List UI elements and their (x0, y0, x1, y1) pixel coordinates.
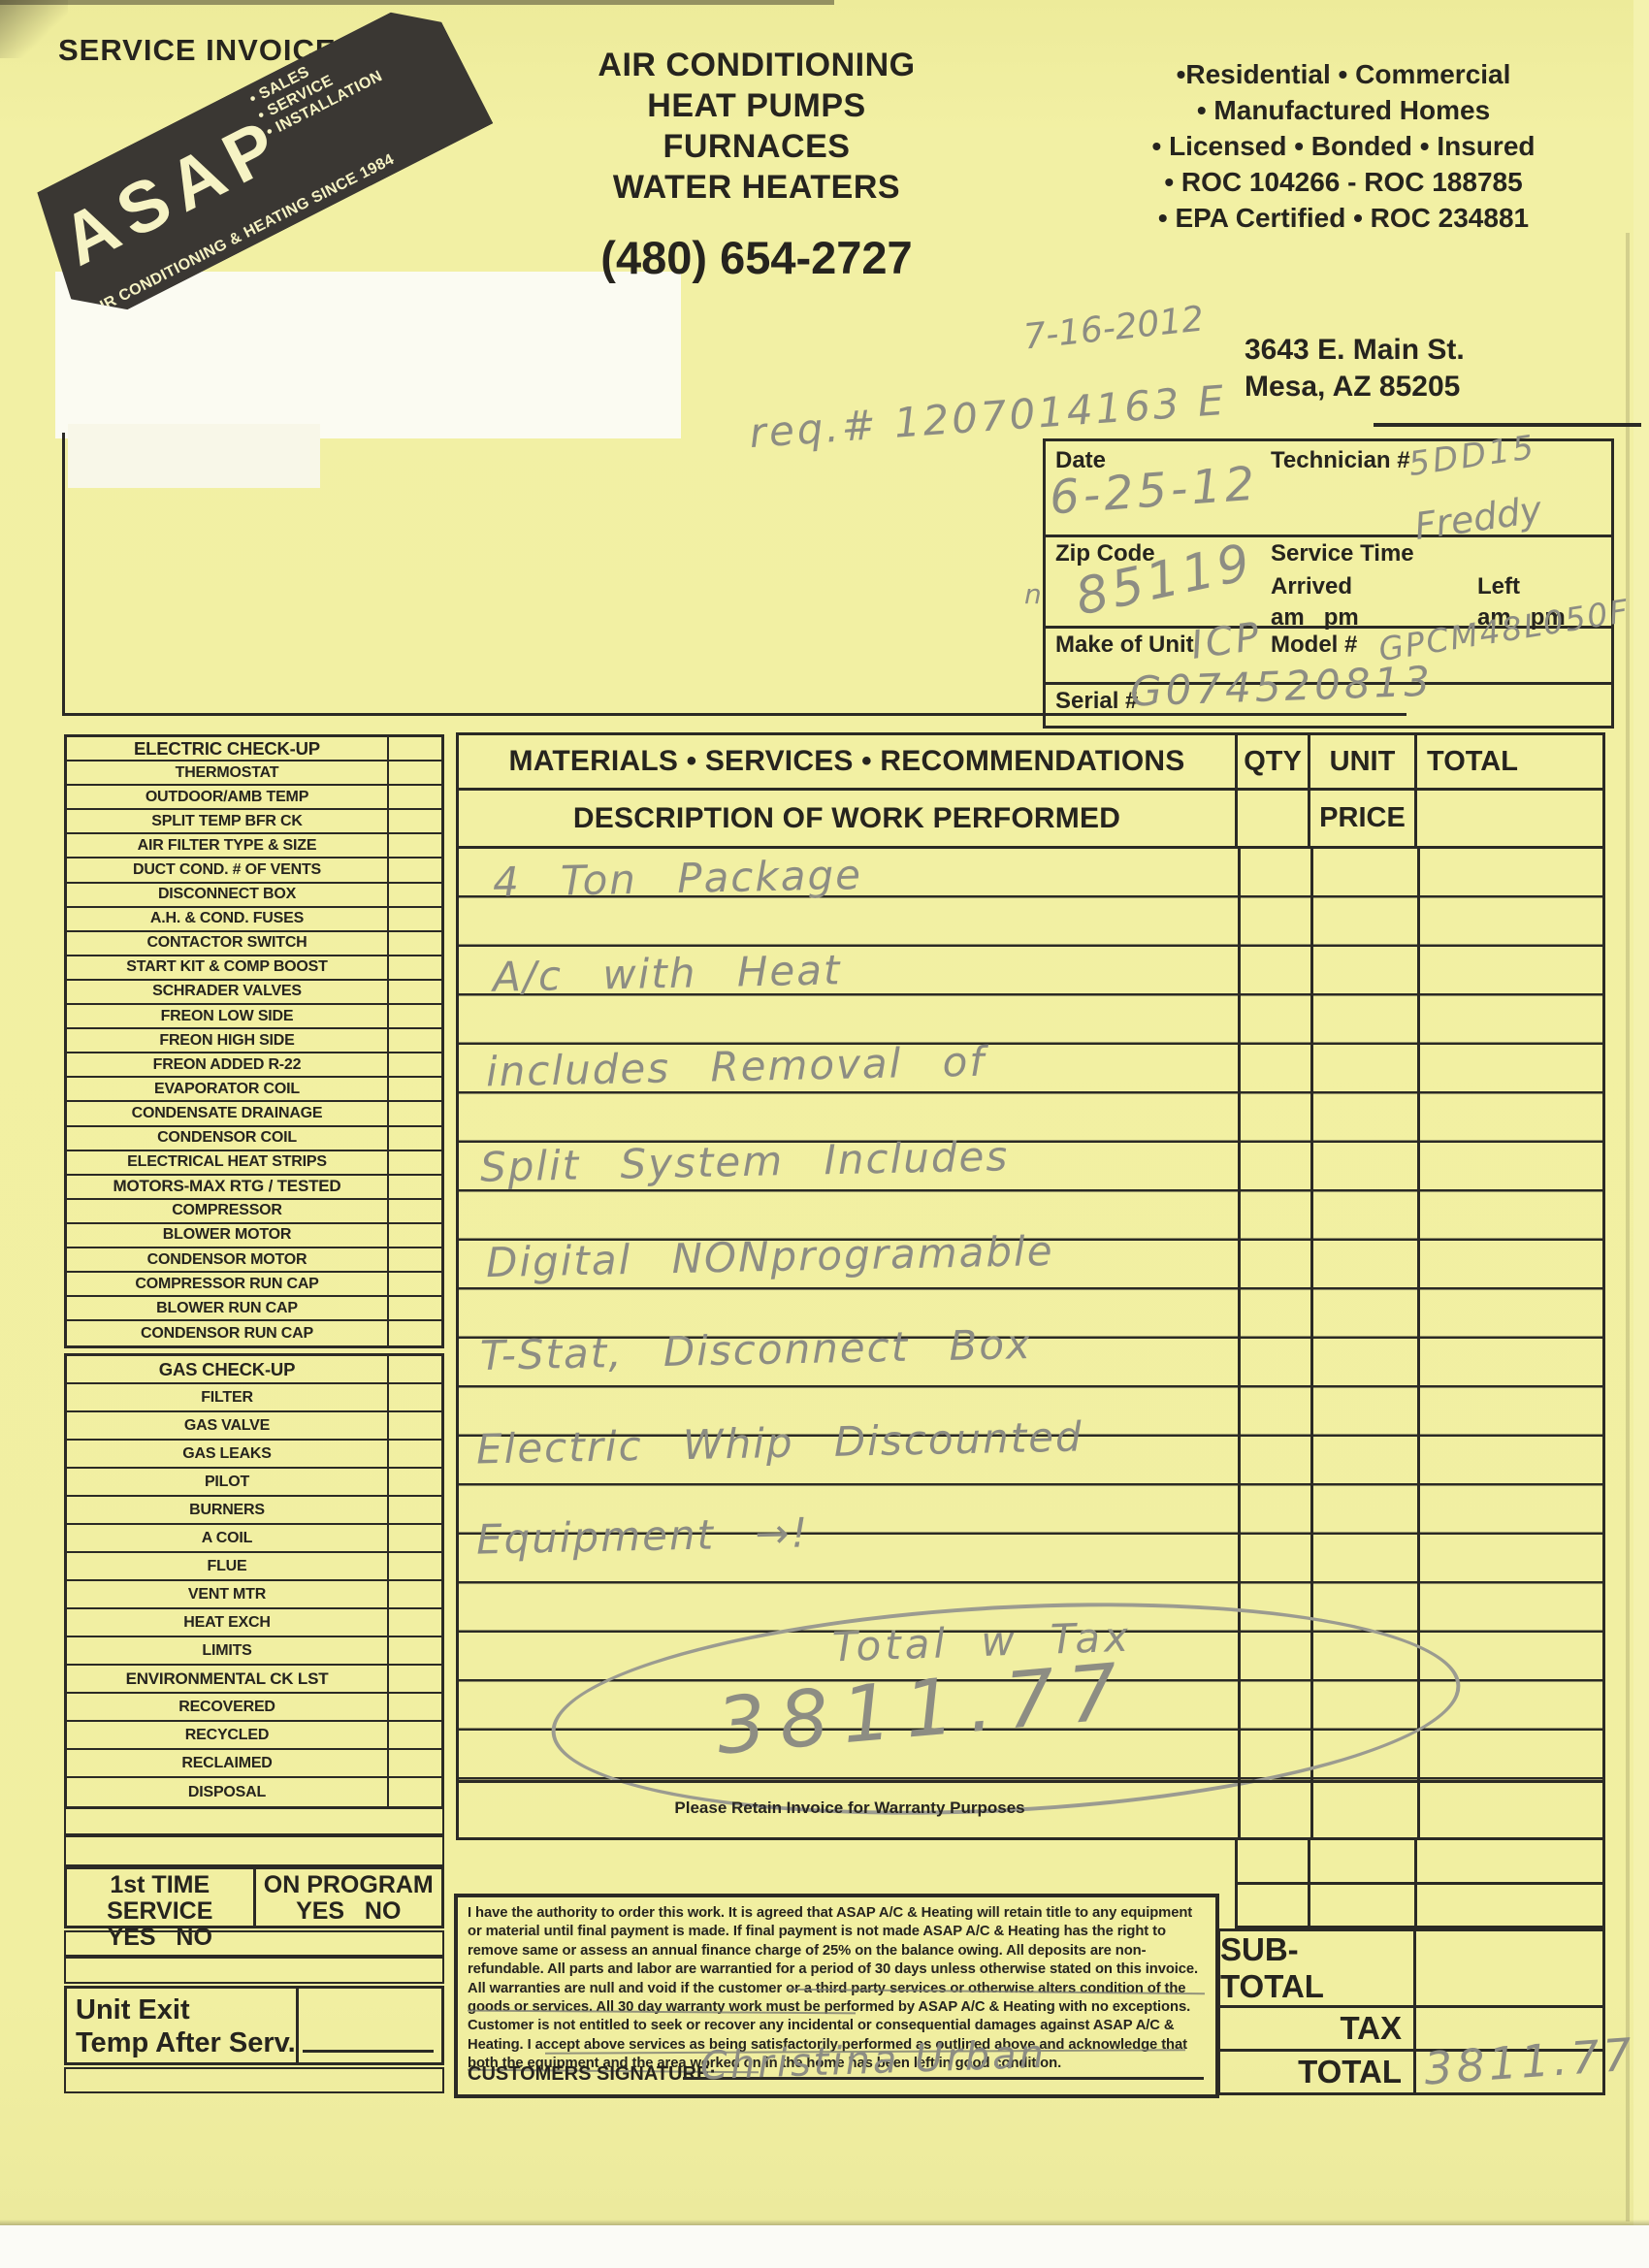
checklist-row: FREON HIGH SIDE (67, 1029, 441, 1053)
column-divider (1417, 1783, 1420, 1837)
checklist-value-cell (389, 1497, 441, 1523)
checklist-value-cell (389, 1200, 441, 1222)
checklist-row: BLOWER MOTOR (67, 1224, 441, 1248)
checklist-value-cell (389, 1384, 441, 1410)
handwritten-stray-mark: n (1024, 578, 1042, 610)
scanner-background (0, 2225, 1649, 2268)
table-rule (1046, 535, 1611, 537)
column-divider (1310, 1783, 1313, 1837)
customer-box-left-border (62, 433, 65, 716)
checklist-value-cell (389, 956, 441, 979)
gas-checklist: GAS CHECK-UP FILTER GAS VALVE GAS LEAKS … (64, 1353, 444, 1809)
checklist-value-cell (389, 1778, 441, 1806)
work-table: MATERIALS • SERVICES • RECOMMENDATIONS Q… (456, 732, 1605, 1840)
unit-header: UNIT (1310, 735, 1417, 788)
checklist-row: FILTER (67, 1384, 441, 1412)
header-rule (1374, 423, 1641, 427)
checklist-row: RECOVERED (67, 1694, 441, 1722)
checklist-value-cell (389, 1297, 441, 1319)
checklist-row: CONDENSOR COIL (67, 1127, 441, 1151)
make-label: Make of Unit (1055, 632, 1194, 659)
service-time-label: Service Time (1271, 540, 1414, 567)
credential-line: • Licensed • Bonded • Insured (1067, 128, 1620, 164)
checklist-row: RECYCLED (67, 1722, 441, 1750)
checklist-row: BLOWER RUN CAP (67, 1297, 441, 1321)
left-label: Left (1477, 573, 1520, 600)
checklist-row: COMPRESSOR RUN CAP (67, 1273, 441, 1297)
checklist-value-cell (389, 1078, 441, 1100)
checklist-value-cell (389, 1356, 441, 1382)
service-line: HEAT PUMPS (456, 85, 1057, 126)
handwritten-work-line: Split System Includes (480, 1132, 1010, 1190)
blank-row (64, 1806, 444, 1835)
credential-line: • ROC 104266 - ROC 188785 (1067, 164, 1620, 200)
checklist-value-cell (389, 1469, 441, 1495)
handwritten-work-line: Digital NONprogramable (486, 1227, 1054, 1286)
checklist-value-cell (389, 1750, 441, 1776)
checklist-row: START KIT & COMP BOOST (67, 956, 441, 981)
checklist-row: MOTORS-MAX RTG / TESTED (67, 1176, 441, 1200)
checklist-row: RECLAIMED (67, 1750, 441, 1778)
checklist-value-cell (389, 1248, 441, 1271)
checklist-value-cell (389, 1053, 441, 1076)
qty-subcell (1238, 791, 1310, 846)
checklist-row: FREON ADDED R-22 (67, 1053, 441, 1078)
checklist-row: GAS VALVE (67, 1412, 441, 1441)
model-label: Model # (1271, 632, 1357, 659)
gas-checklist-title: GAS CHECK-UP (67, 1356, 389, 1382)
description-header: DESCRIPTION OF WORK PERFORMED (459, 791, 1238, 846)
checklist-value-cell (389, 1224, 441, 1247)
gas-checklist-rows: FILTER GAS VALVE GAS LEAKS PILOT BURNERS… (67, 1384, 441, 1806)
blank-row (64, 1957, 444, 1984)
checklist-row: ENVIRONMENTAL CK LST (67, 1666, 441, 1694)
electric-checklist: ELECTRIC CHECK-UP THERMOSTAT OUTDOOR/AMB… (64, 734, 444, 1348)
handwritten-date-note: 7-16-2012 (1021, 299, 1206, 357)
retain-notice: Please Retain Invoice for Warranty Purpo… (459, 1798, 1241, 1818)
checklist-value-cell (389, 1029, 441, 1052)
electric-checklist-title: ELECTRIC CHECK-UP (67, 737, 389, 760)
handwritten-work-line: T-Stat, Disconnect Box (480, 1320, 1033, 1379)
gas-checklist-header: GAS CHECK-UP (67, 1356, 441, 1384)
electric-checklist-header: ELECTRIC CHECK-UP (67, 737, 441, 761)
checklist-value-cell (389, 1553, 441, 1579)
total-header: TOTAL (1417, 735, 1602, 788)
scanned-service-invoice: SERVICE INVOICE ASAP • SALES• SERVICE• I… (0, 0, 1649, 2268)
checklist-value-cell (389, 810, 441, 832)
service-line: WATER HEATERS (456, 167, 1057, 208)
electric-checklist-rows: THERMOSTAT OUTDOOR/AMB TEMP SPLIT TEMP B… (67, 761, 441, 1345)
checklist-value-cell (389, 1176, 441, 1198)
checklist-row: BURNERS (67, 1497, 441, 1525)
table-rule (1238, 1882, 1602, 1885)
retain-notice-row: Please Retain Invoice for Warranty Purpo… (459, 1780, 1602, 1837)
checklist-value-cell (389, 1102, 441, 1124)
unit-exit-value-cell (299, 1989, 441, 2062)
checklist-value-cell (389, 1609, 441, 1636)
checklist-row: PILOT (67, 1469, 441, 1497)
address-line2: Mesa, AZ 85205 (1245, 369, 1465, 405)
work-table-subheader: DESCRIPTION OF WORK PERFORMED PRICE (459, 791, 1602, 849)
fill-in-line (303, 2050, 434, 2053)
serial-label: Serial # (1055, 688, 1138, 715)
credential-line: • EPA Certified • ROC 234881 (1067, 200, 1620, 236)
column-divider (1417, 849, 1420, 1780)
checklist-value-cell (389, 1321, 441, 1345)
checklist-row: AIR FILTER TYPE & SIZE (67, 834, 441, 859)
checklist-row: A COIL (67, 1525, 441, 1553)
work-table-header: MATERIALS • SERVICES • RECOMMENDATIONS Q… (459, 735, 1602, 791)
checklist-row: FREON LOW SIDE (67, 1005, 441, 1029)
checklist-row: COMPRESSOR (67, 1200, 441, 1224)
service-line: FURNACES (456, 126, 1057, 167)
arrived-ampm: am pm (1271, 604, 1359, 632)
paper-crease (1626, 233, 1630, 2221)
checklist-row: SPLIT TEMP BFR CK (67, 810, 441, 834)
phone-number: (480) 654-2727 (456, 231, 1057, 284)
checklist-value-cell (389, 981, 441, 1003)
checklist-value-cell (389, 1127, 441, 1150)
services-header: AIR CONDITIONINGHEAT PUMPSFURNACESWATER … (456, 45, 1057, 284)
checklist-row: GAS LEAKS (67, 1441, 441, 1469)
address-line1: 3643 E. Main St. (1245, 332, 1465, 369)
checklist-value-cell (389, 1722, 441, 1748)
total-subcell (1417, 791, 1602, 846)
credential-line: • Manufactured Homes (1067, 92, 1620, 128)
on-program-cell: ON PROGRAM YES NO (256, 1869, 442, 1926)
checklist-value-cell (389, 761, 441, 784)
on-program-label: ON PROGRAM (256, 1872, 442, 1898)
company-address: 3643 E. Main St. Mesa, AZ 85205 (1245, 332, 1465, 405)
asap-logo-text: ASAP (51, 106, 296, 277)
subtotal-row: SUB-TOTAL (1220, 1931, 1602, 2008)
checklist-value-cell (389, 859, 441, 881)
checklist-value-cell (389, 1581, 441, 1607)
checklist-row: ELECTRICAL HEAT STRIPS (67, 1151, 441, 1176)
checklist-value-cell (389, 1005, 441, 1027)
blank-row (64, 1930, 444, 1957)
checklist-row: THERMOSTAT (67, 761, 441, 786)
unit-exit-box: Unit Exit Temp After Serv. (64, 1986, 444, 2065)
checklist-row: DISPOSAL (67, 1778, 441, 1806)
blank-row (64, 2067, 444, 2093)
scan-edge-shadow (0, 0, 834, 5)
credential-line: •Residential • Commercial (1067, 56, 1620, 92)
checklist-row: CONDENSATE DRAINAGE (67, 1102, 441, 1126)
handwritten-work-line: includes Removal of (486, 1038, 986, 1096)
checklist-row: CONTACTOR SWITCH (67, 932, 441, 956)
on-program-yes-no: YES NO (256, 1898, 442, 1925)
column-continuation (1235, 1840, 1605, 1928)
subtotal-value (1416, 1931, 1602, 2005)
checklist-row: HEAT EXCH (67, 1609, 441, 1637)
checklist-value-cell (389, 1666, 441, 1692)
checklist-row: DUCT COND. # OF VENTS (67, 859, 441, 883)
credentials-header: •Residential • Commercial• Manufactured … (1067, 56, 1620, 236)
checklist-value-cell (389, 1151, 441, 1174)
subtotal-label: SUB-TOTAL (1220, 1931, 1416, 2005)
checklist-value-cell (389, 1412, 441, 1439)
checklist-value-cell (389, 834, 441, 857)
technician-label: Technician # (1271, 447, 1410, 474)
checklist-row: LIMITS (67, 1637, 441, 1666)
checklist-row: EVAPORATOR COIL (67, 1078, 441, 1102)
blank-row (64, 1835, 444, 1866)
checklist-row: SCHRADER VALVES (67, 981, 441, 1005)
work-table-body: 4 Ton Package A/c with Heat includes Rem… (459, 849, 1602, 1780)
first-time-service-cell: 1st TIME SERVICE YES NO (67, 1869, 256, 1926)
checklist-value-cell (389, 1441, 441, 1467)
handwritten-work-line: A/c with Heat (493, 946, 842, 1001)
checklist-row: DISCONNECT BOX (67, 884, 441, 908)
checklist-value-cell (389, 884, 441, 906)
checklist-value-cell (389, 786, 441, 808)
checklist-row: CONDENSOR RUN CAP (67, 1321, 441, 1345)
handwritten-work-line: 4 Ton Package (493, 851, 863, 906)
checklist-value-cell (389, 932, 441, 955)
checklist-row: A.H. & COND. FUSES (67, 908, 441, 932)
first-time-service-label: 1st TIME SERVICE (67, 1872, 253, 1925)
tax-label: TAX (1220, 2008, 1416, 2049)
checklist-row: CONDENSOR MOTOR (67, 1248, 441, 1273)
service-flags-box: 1st TIME SERVICE YES NO ON PROGRAM YES N… (64, 1866, 444, 1928)
handwritten-work-line: Electric Whip Discounted (476, 1412, 1084, 1473)
legal-terms-box: I have the authority to order this work.… (454, 1894, 1219, 2098)
checklist-value-cell (389, 1273, 441, 1295)
checklist-value-cell (389, 908, 441, 930)
paper-edge (1633, 0, 1649, 2225)
checklist-row: FLUE (67, 1553, 441, 1581)
redaction-patch (68, 424, 320, 488)
arrived-label: Arrived (1271, 573, 1352, 600)
price-header: PRICE (1310, 791, 1417, 846)
qty-header: QTY (1238, 735, 1310, 788)
checklist-value-cell (389, 1694, 441, 1720)
service-line: AIR CONDITIONING (456, 45, 1057, 85)
materials-header: MATERIALS • SERVICES • RECOMMENDATIONS (459, 735, 1238, 788)
signature-label: CUSTOMERS SIGNATURE: (468, 2063, 716, 2086)
checklist-row: OUTDOOR/AMB TEMP (67, 786, 441, 810)
total-label: TOTAL (1220, 2052, 1416, 2092)
checklist-value-cell (389, 737, 441, 760)
services-list: AIR CONDITIONINGHEAT PUMPSFURNACESWATER … (456, 45, 1057, 208)
checklist-value-cell (389, 1525, 441, 1551)
checklist-value-cell (389, 1637, 441, 1664)
checklist-row: VENT MTR (67, 1581, 441, 1609)
handwritten-work-line: Equipment →! (476, 1508, 810, 1563)
unit-exit-label: Unit Exit Temp After Serv. (67, 1989, 299, 2062)
